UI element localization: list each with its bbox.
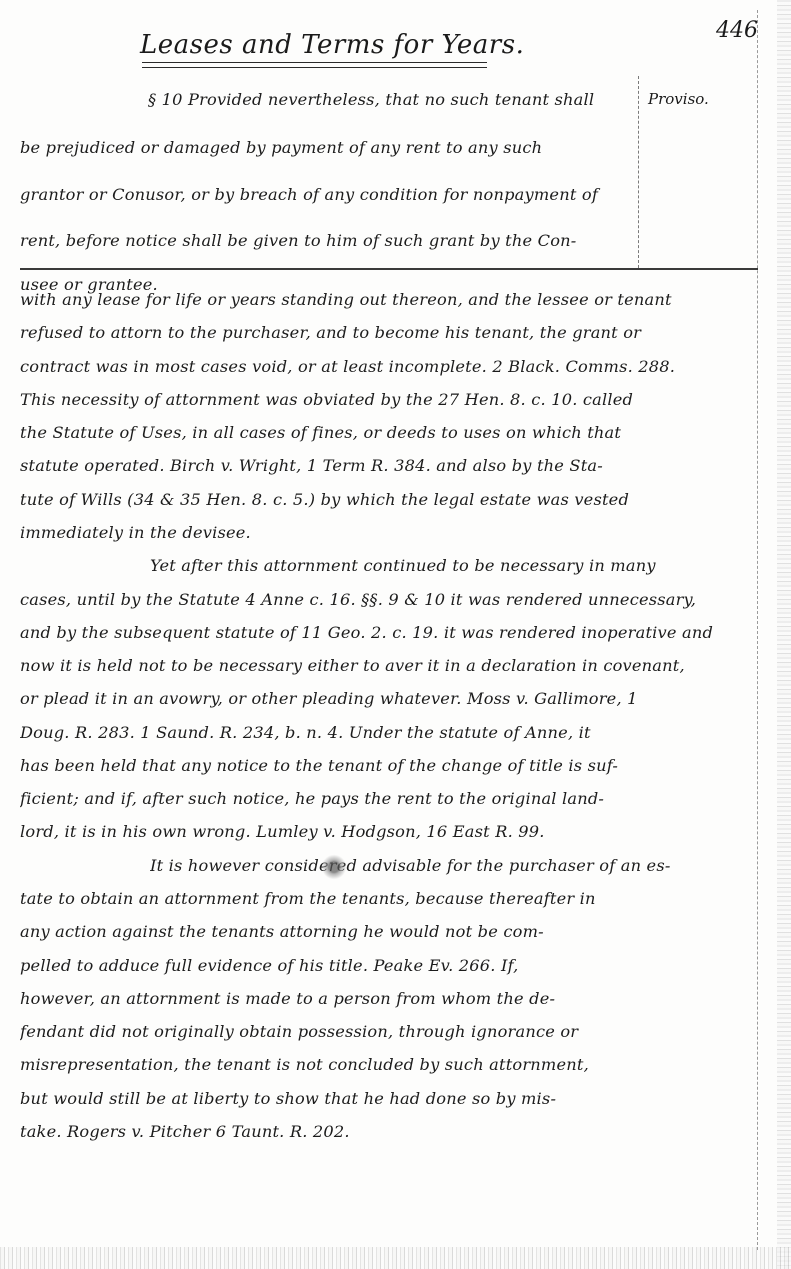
section-divider: [20, 268, 758, 270]
body-line: pelled to adduce full evidence of his ti…: [20, 956, 762, 975]
body-line: but would still be at liberty to show th…: [20, 1089, 762, 1108]
line-text: , 1 Term R. 384. and also by the Sta-: [296, 456, 603, 475]
line-text: continued to be necessary in many: [358, 556, 656, 575]
body-line: however, an attornment is made to a pers…: [20, 989, 762, 1008]
body-line: and by the subsequent statute of 11 Geo.…: [20, 623, 762, 642]
body-line: now it is held not to be necessary eithe…: [20, 656, 762, 675]
body-line: tute of Wills (34 & 35 Hen. 8. c. 5.) by…: [20, 490, 762, 509]
body-line: fendant did not originally obtain posses…: [20, 1022, 762, 1041]
body-line: refused to attorn to the purchaser, and …: [20, 323, 762, 342]
statute-line: grantor or Conusor, or by breach of any …: [20, 185, 635, 204]
case-citation: attornment: [264, 556, 358, 575]
scan-edge-right: [777, 0, 791, 1269]
scan-edge-bottom: [0, 1247, 791, 1269]
case-citation: Lumley v. Hodgson: [256, 822, 416, 841]
body-line: This necessity of attornment was obviate…: [20, 390, 762, 409]
body-line: with any lease for life or years standin…: [20, 290, 762, 309]
body-line: any action against the tenants attorning…: [20, 922, 762, 941]
body-line: take. Rogers v. Pitcher 6 Taunt. R. 202.: [20, 1122, 762, 1141]
body-line: ficient; and if, after such notice, he p…: [20, 789, 762, 808]
page-number: 446: [716, 18, 758, 43]
body-line: tate to obtain an attornment from the te…: [20, 889, 762, 908]
manuscript-page: Leases and Terms for Years. 446 Proviso.…: [0, 0, 791, 1269]
body-line: has been held that any notice to the ten…: [20, 756, 762, 775]
case-citation: Rogers v. Pitcher: [67, 1122, 210, 1141]
line-text: Yet after this: [150, 556, 264, 575]
case-citation: Birch v. Wright: [170, 456, 296, 475]
line-text: 6 Taunt. R. 202.: [210, 1122, 349, 1141]
body-line: misrepresentation, the tenant is not con…: [20, 1055, 762, 1074]
line-text: lord, it is in his own wrong.: [20, 822, 256, 841]
statute-line: rent, before notice shall be given to hi…: [20, 231, 635, 250]
title-underline: [142, 62, 487, 68]
body-line: the Statute of Uses, in all cases of fin…: [20, 423, 762, 442]
body-line: contract was in most cases void, or at l…: [20, 357, 762, 376]
statute-line: be prejudiced or damaged by payment of a…: [20, 138, 635, 157]
line-text: or plead it in an avowry, or other plead…: [20, 689, 467, 708]
line-text: statute operated.: [20, 456, 170, 475]
body-line: immediately in the devisee.: [20, 523, 762, 542]
body-line: cases, until by the Statute 4 Anne c. 16…: [20, 590, 762, 609]
statute-line: § 10 Provided nevertheless, that no such…: [148, 90, 763, 109]
line-text: take.: [20, 1122, 67, 1141]
line-text: , 16 East R. 99.: [416, 822, 545, 841]
page-title: Leases and Terms for Years.: [140, 30, 524, 60]
body-line: statute operated. Birch v. Wright, 1 Ter…: [20, 456, 762, 475]
body-line: Doug. R. 283. 1 Saund. R. 234, b. n. 4. …: [20, 723, 762, 742]
ink-stamp-mark: [322, 854, 346, 880]
body-line: Yet after this attornment continued to b…: [150, 556, 791, 575]
body-line: It is however considered advisable for t…: [150, 856, 791, 875]
body-line: or plead it in an avowry, or other plead…: [20, 689, 762, 708]
case-citation: Moss v. Gallimore: [467, 689, 617, 708]
body-line: lord, it is in his own wrong. Lumley v. …: [20, 822, 762, 841]
line-text: , 1: [616, 689, 637, 708]
